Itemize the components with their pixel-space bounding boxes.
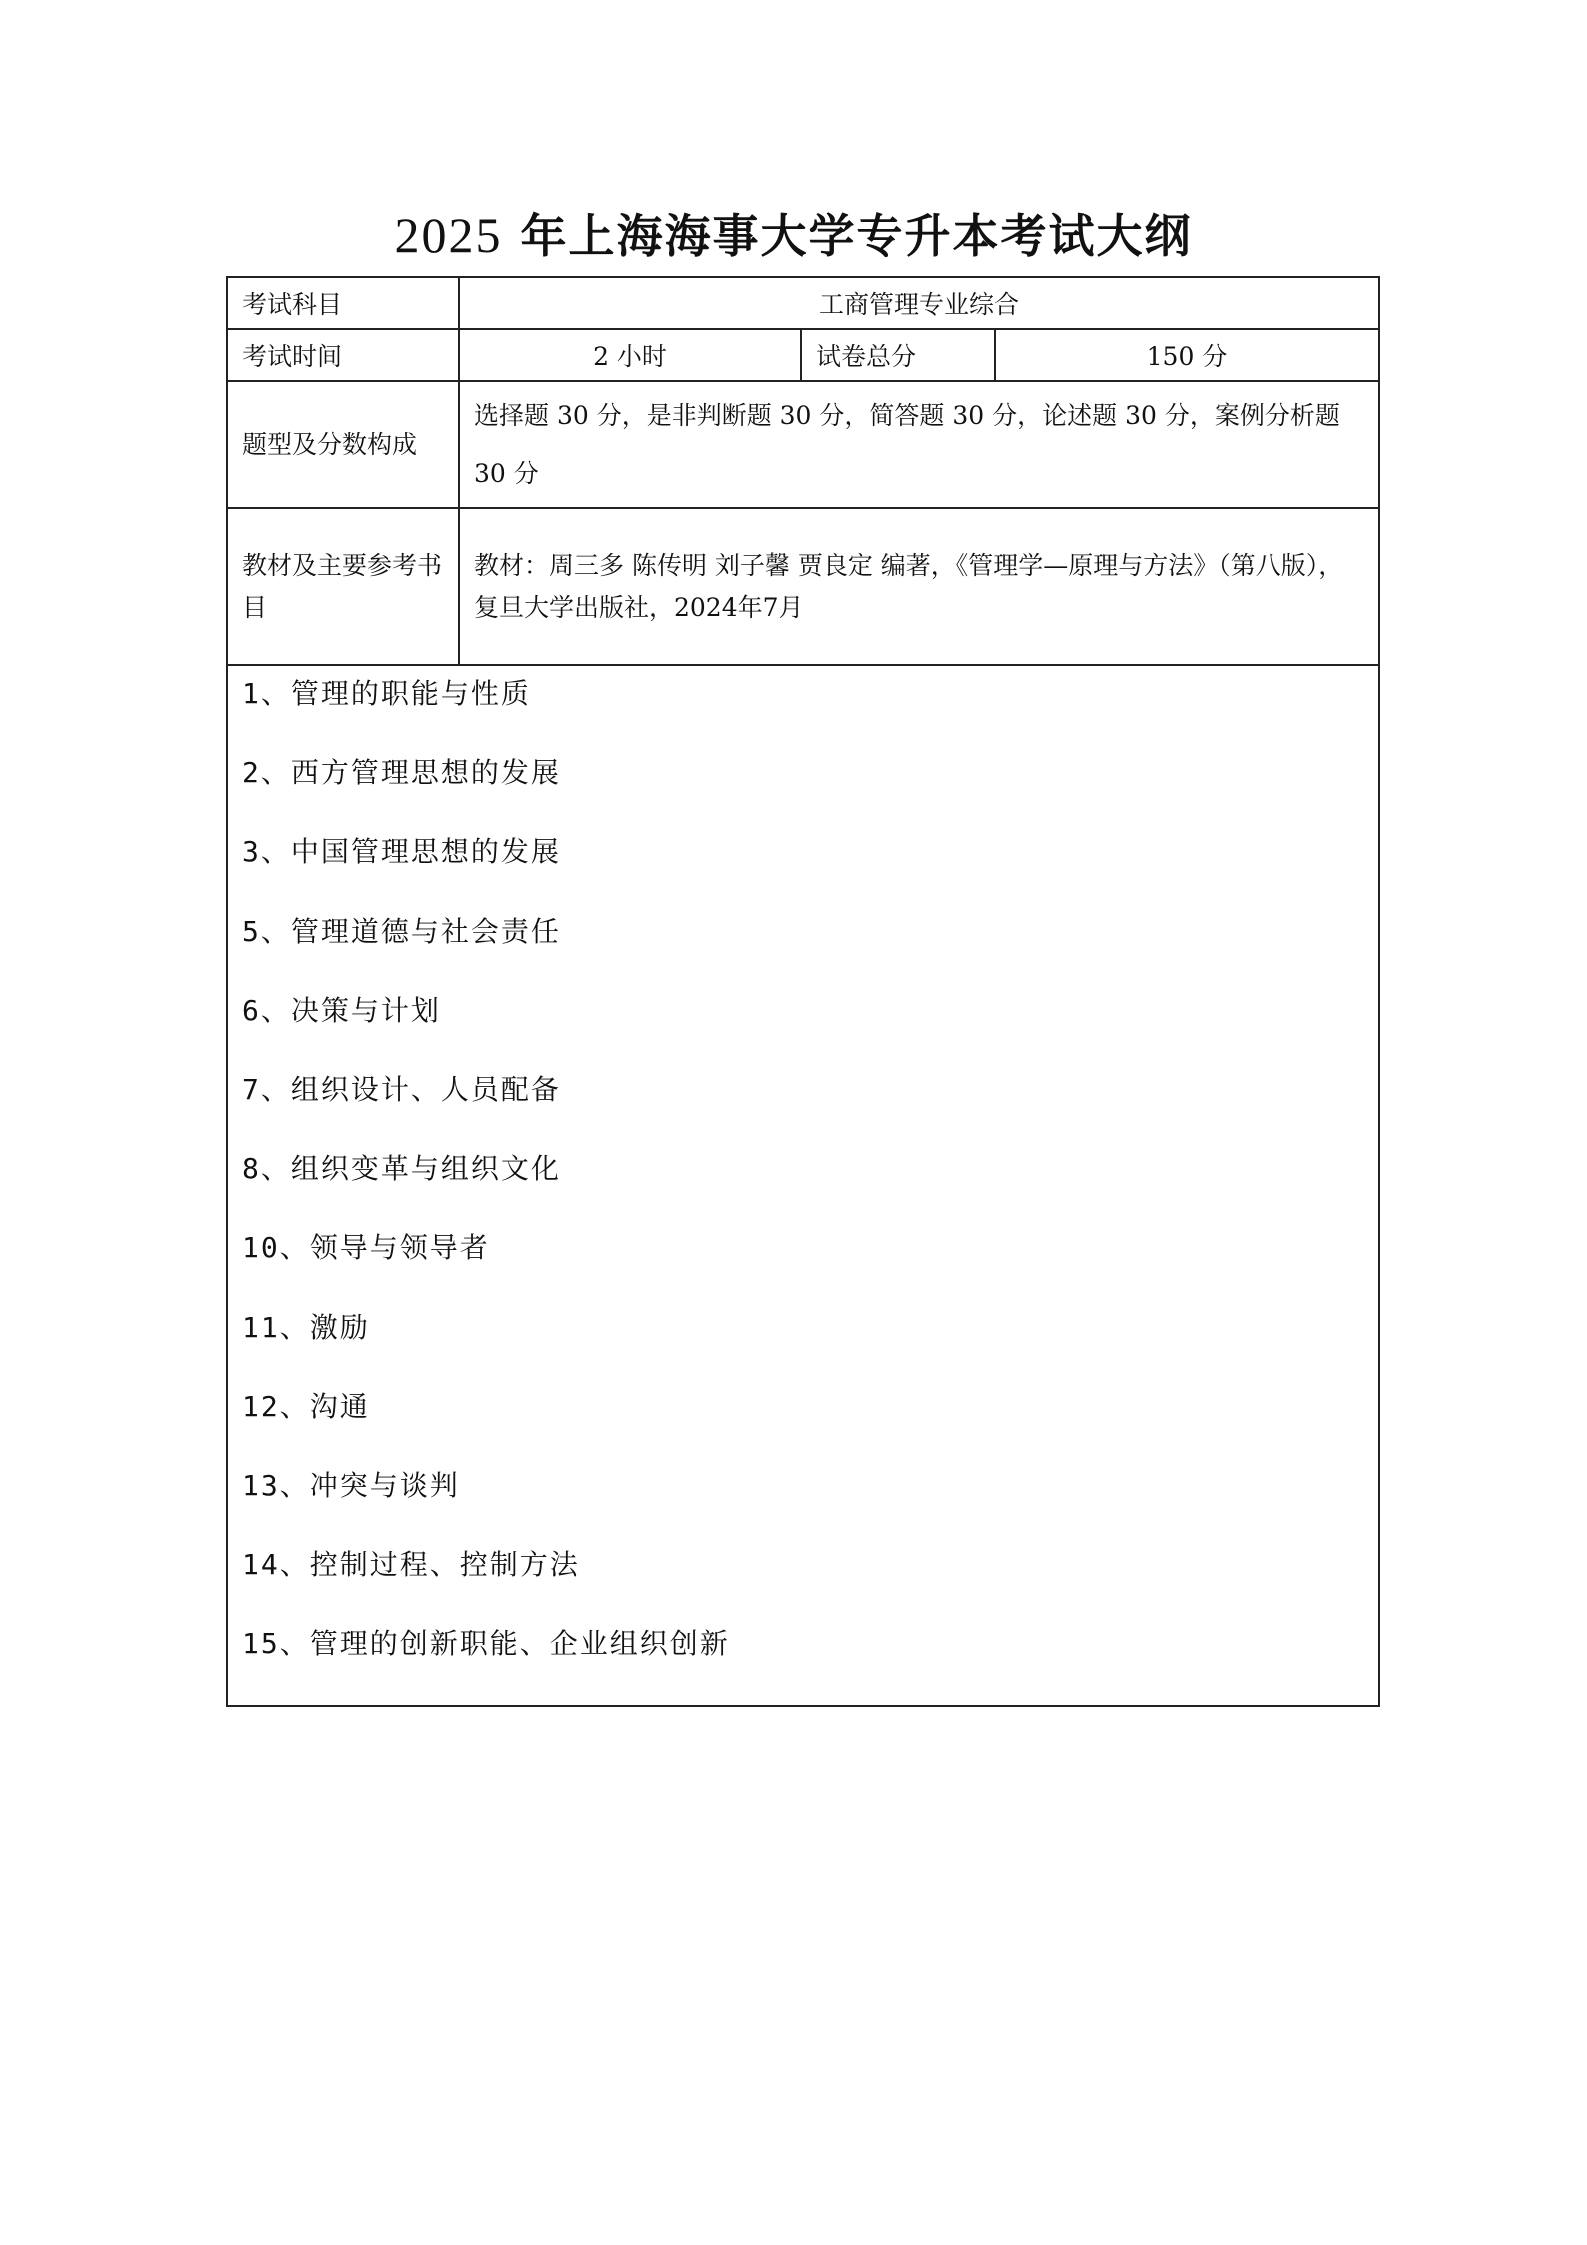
exam-outline-table: 考试科目 工商管理专业综合 考试时间 2 小时 试卷总分 150 分 题型及分数… <box>226 276 1380 1707</box>
topic-item: 11、激励 <box>228 1300 1378 1379</box>
title-text: 年上海海事大学专升本考试大纲 <box>502 209 1192 263</box>
topics-row: 1、管理的职能与性质 2、西方管理思想的发展 3、中国管理思想的发展 5、管理道… <box>227 665 1379 1706</box>
total-score-label: 试卷总分 <box>801 329 995 381</box>
topic-item: 14、控制过程、控制方法 <box>228 1537 1378 1616</box>
textbooks-value: 教材：周三多 陈传明 刘子馨 贾良定 编著，《管理学—原理与方法》（第八版），复… <box>459 508 1379 665</box>
topic-item: 10、领导与领导者 <box>228 1220 1378 1299</box>
topic-item: 3、中国管理思想的发展 <box>228 824 1378 903</box>
subject-row: 考试科目 工商管理专业综合 <box>227 277 1379 329</box>
subject-value: 工商管理专业综合 <box>459 277 1379 329</box>
title-year: 2025 <box>394 207 502 263</box>
topic-item: 1、管理的职能与性质 <box>228 666 1378 745</box>
topic-item: 13、冲突与谈判 <box>228 1458 1378 1537</box>
topic-item: 2、西方管理思想的发展 <box>228 745 1378 824</box>
subject-label: 考试科目 <box>227 277 459 329</box>
topic-item: 7、组织设计、人员配备 <box>228 1062 1378 1141</box>
topic-item: 6、决策与计划 <box>228 983 1378 1062</box>
page-title: 2025 年上海海事大学专升本考试大纲 <box>0 200 1587 266</box>
time-value: 2 小时 <box>459 329 801 381</box>
topics-cell: 1、管理的职能与性质 2、西方管理思想的发展 3、中国管理思想的发展 5、管理道… <box>227 665 1379 1706</box>
time-row: 考试时间 2 小时 试卷总分 150 分 <box>227 329 1379 381</box>
total-score-value: 150 分 <box>995 329 1379 381</box>
topic-item: 8、组织变革与组织文化 <box>228 1141 1378 1220</box>
question-types-row: 题型及分数构成 选择题 30 分，是非判断题 30 分，简答题 30 分，论述题… <box>227 381 1379 508</box>
time-label: 考试时间 <box>227 329 459 381</box>
textbooks-label: 教材及主要参考书目 <box>227 508 459 665</box>
question-types-value: 选择题 30 分，是非判断题 30 分，简答题 30 分，论述题 30 分，案例… <box>459 381 1379 508</box>
topic-item: 12、沟通 <box>228 1379 1378 1458</box>
topic-item: 15、管理的创新职能、企业组织创新 <box>228 1616 1378 1695</box>
topic-item: 5、管理道德与社会责任 <box>228 904 1378 983</box>
topics-list: 1、管理的职能与性质 2、西方管理思想的发展 3、中国管理思想的发展 5、管理道… <box>228 666 1378 1705</box>
textbooks-row: 教材及主要参考书目 教材：周三多 陈传明 刘子馨 贾良定 编著，《管理学—原理与… <box>227 508 1379 665</box>
question-types-label: 题型及分数构成 <box>227 381 459 508</box>
